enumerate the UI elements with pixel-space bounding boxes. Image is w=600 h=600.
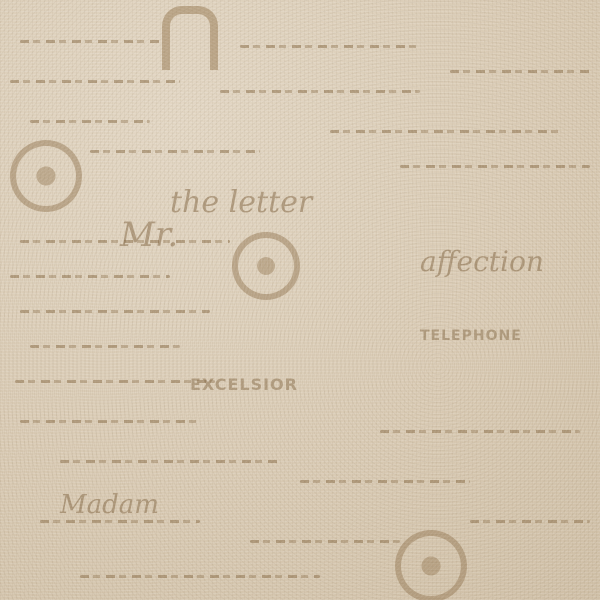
script-line xyxy=(220,90,420,93)
script-line xyxy=(240,45,420,48)
script-word: Madam xyxy=(60,490,159,520)
script-line xyxy=(15,380,215,383)
script-word: Mr. xyxy=(120,215,178,255)
script-line xyxy=(470,520,590,523)
postmark-stamp xyxy=(10,140,82,212)
script-line xyxy=(400,165,590,168)
script-word: the letter xyxy=(170,185,312,220)
script-line xyxy=(450,70,590,73)
script-line xyxy=(20,310,210,313)
script-line xyxy=(80,575,320,578)
script-line xyxy=(60,460,280,463)
script-line xyxy=(20,420,200,423)
script-line xyxy=(250,540,400,543)
script-line xyxy=(20,40,160,43)
script-line xyxy=(300,480,470,483)
script-line xyxy=(30,120,150,123)
script-word: affection xyxy=(420,245,544,278)
telephone-stamp: TELEPHONE xyxy=(420,328,522,344)
gate-stamp xyxy=(162,6,218,70)
emblem-stamp: EXCELSIOR xyxy=(190,375,298,394)
script-line xyxy=(10,80,180,83)
script-line xyxy=(40,520,200,523)
script-line xyxy=(10,275,170,278)
script-line xyxy=(330,130,560,133)
carpet-texture: Mr. the letter affection Madam TELEPHONE… xyxy=(0,0,600,600)
postmark-stamp xyxy=(395,530,467,600)
script-line xyxy=(380,430,580,433)
script-line xyxy=(90,150,260,153)
postmark-stamp xyxy=(232,232,300,300)
script-line xyxy=(30,345,180,348)
